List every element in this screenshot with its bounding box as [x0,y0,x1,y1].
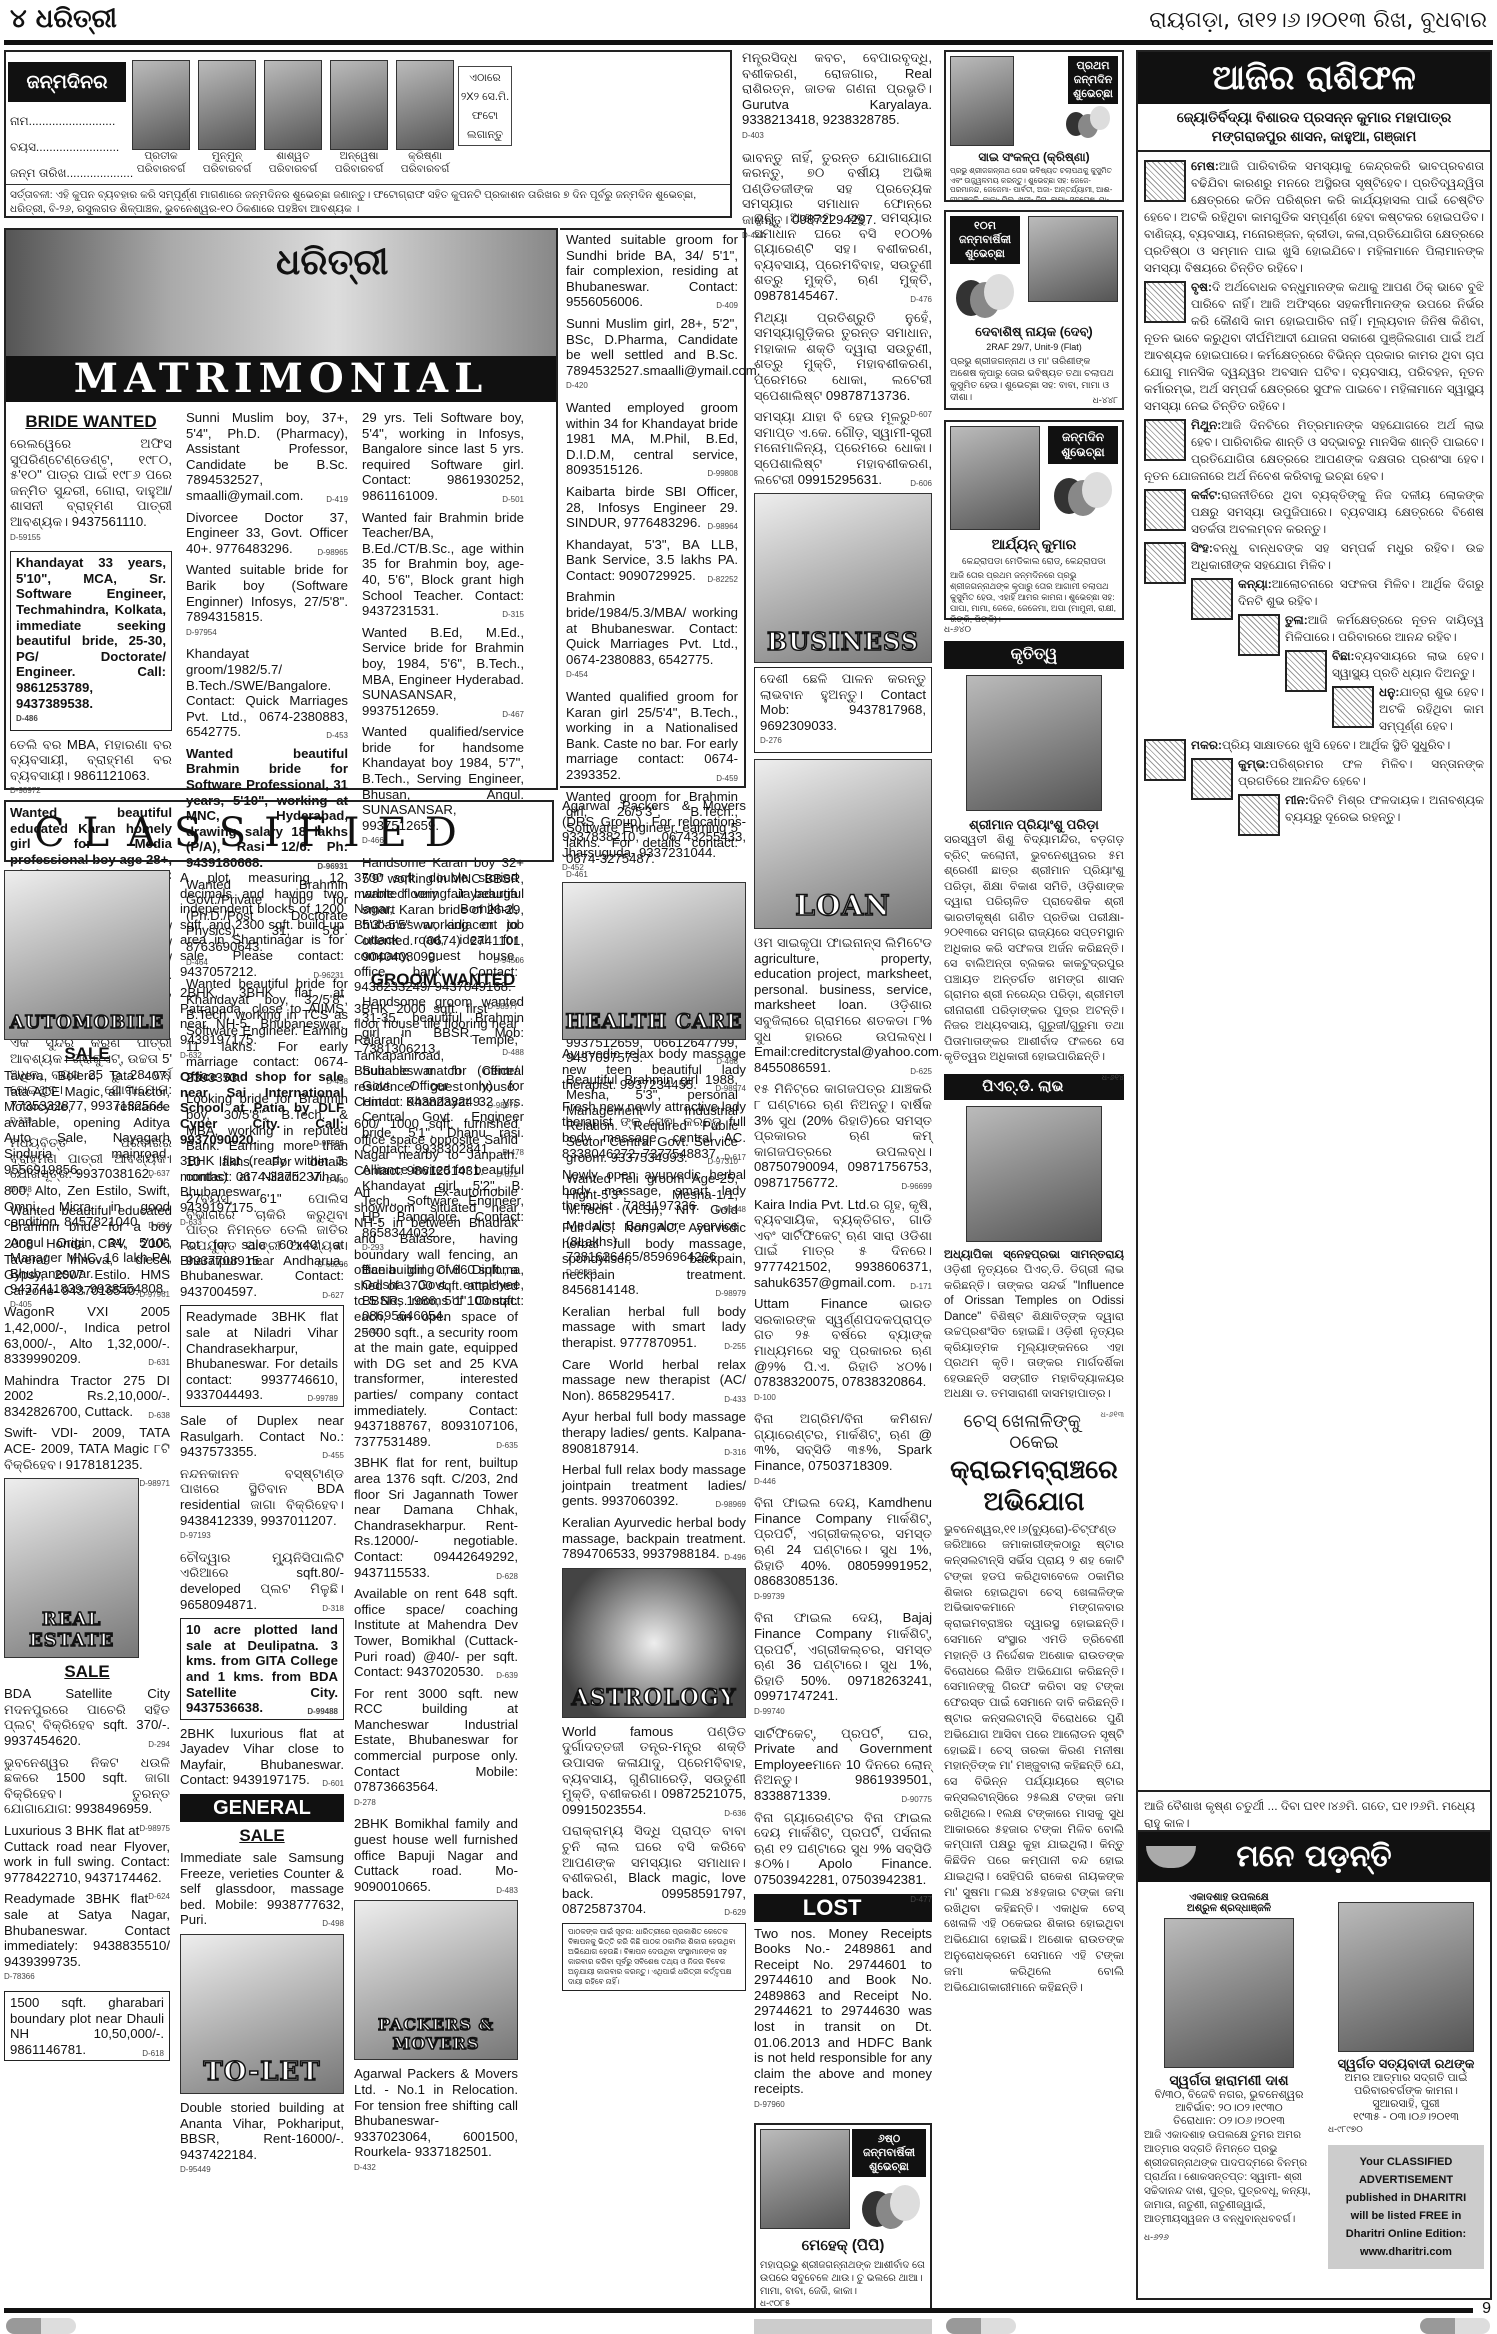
zodiac-icon [1144,160,1186,202]
greeting-badge: ୬ଷ୍ଠଜନ୍ମବାର୍ଷିକୀଶୁଭେଚ୍ଛା [852,2129,926,2177]
news-headline: କ୍ରାଇମବ୍ରାଞ୍ଚରେ ଅଭିଯୋଗ [944,1453,1124,1517]
ad: Wanted fair Brahmin bride Teacher/BA, B.… [362,510,524,619]
astro-continued-column: ଭୃଗୁ ଆଶ୍ରମ ସବୁ ସମସ୍ୟାର ସମାଧାନ ଘରେ ବସି ୧୦… [754,210,932,2334]
ad: Immediate sale Samsung Freeze, verieties… [180,1850,344,1928]
balloons-icon [1066,106,1114,146]
news-kicker: ଚେସ୍ ଖେଳାଳିଙ୍କୁ ଠକେଇ [944,1411,1124,1453]
health-column: Agarwal Packers & Movers (DRS Group). Fo… [562,798,746,1991]
greeting-badge: ପ୍ରଥମଜନ୍ମଦିନଶୁଭେଚ୍ଛା [1068,56,1118,104]
rashi-entry: କନ୍ୟା:ଆଲୋଚନାରେ ସଫଳତା ମିଳିବ। ଆର୍ଥିକ ଦିଗରୁ… [1144,576,1484,610]
ad: Fresh new newly attractive lady therapis… [562,1099,746,1161]
coupon-child: କ୍ରିଷ୍ଣାପରିବାରବର୍ଗ [396,60,454,176]
child-photo [132,60,190,150]
ad: WagonR VXI 2005 1,42,000/-, Indica petro… [4,1304,170,1366]
ad: Agarwal Packers & Movers Ltd. - No.1 in … [354,2066,518,2175]
memorial-name: ସ୍ୱର୍ଗତା ହାରାମଣୀ ଦାଶ [1144,2072,1314,2089]
ad: 2BHK Bomikhal family and guest house wel… [354,1816,518,1894]
ad: 3BHK 2000 sqft. first floor house tile f… [354,1001,518,1110]
memorial-title: ମନେ ପଡ଼ନ୍ତି [1138,1832,1490,1882]
ad: Readymade 3BHK flat sale at Satya Nagar,… [4,1891,170,1985]
business-banner: BUSINESS [754,493,932,663]
ad: Keralian Ayurvedic herbal body massage, … [562,1515,746,1562]
ad: Khandayat groom/1982/5.7/ B.Tech./SWE/Ba… [186,646,348,740]
rashifal-panel: ଆଜିର ରାଶିଫଳ ଜ୍ୟୋତିର୍ବିଦ୍ୟା ବିଶାରଦ ପ୍ରସନ୍… [1136,50,1492,1840]
ad: ୧୫ ମିନିଟ୍‌ରେ କାଗଜପତ୍ର ଯାଞ୍ଚକରି ୮ ଘଣ୍ଟାରେ… [754,1081,932,1190]
lost-heading: LOST [754,1894,932,1922]
memorial-name: ସ୍ୱର୍ଗତ ସତ୍ୟବାଦୀ ରଥଙ୍କ [1328,2056,1484,2072]
zodiac-icon [1285,650,1327,692]
reader-notice: ପାଠକଙ୍କ ପାଇଁ ସୂଚନା: ଧାରିତ୍ରୀରେ ପ୍ରକାଶିତ … [562,1923,746,1991]
ad: ସାର୍ଟିଫିକେଟ୍, ପ୍ରପର୍ଟି, ଘର, Private and … [754,1726,932,1804]
brand-logo: ଧରିତ୍ରୀ [276,242,388,284]
greeting-message: ଆଜି ତୋର ପ୍ରଥମ ଜନ୍ମଦିନରେ ପ୍ରଭୁ ଶ୍ରୀଜଗନ୍ନା… [950,570,1118,625]
ad: Office and shop for sale near Sai Intern… [180,1069,344,1147]
rashi-entry: ସିଂହ:ବନ୍ଧୁ ବାନ୍ଧବଙ୍କ ସହ ସମ୍ପର୍କ ମଧୁର ରହି… [1144,540,1484,574]
banner-title: MATRIMONIAL [6,356,556,402]
coupon-title: ଜନ୍ମଦିନର ଶୁଭେଚ୍ଛା [8,62,126,102]
phd-text: ଅଧ୍ୟାପିକା ସ୍ନେହପ୍ରଭା ସାମନ୍ତରାୟ ଓଡ଼ିଶୀ ନୃ… [944,1248,1124,1403]
ad: ପରାକ୍ରାମ୍ୟ ସିଦ୍ଧି ପ୍ରାପ୍ତ ବାବା ଚୁନି ଲାଲ … [562,1823,746,1917]
ad: ତେଲି ବର MBA, ମହାରଣା ବର ବ୍ୟବସାୟୀ, ବ୍ରାହ୍ମ… [10,737,172,799]
ad: Ayur herbal full body massage therapy la… [562,1409,746,1456]
child-photo [396,60,454,150]
news-body: ଭୁବନେଶ୍ୱର,୧୧।୬(ବ୍ୟୁରୋ)-ଚିଟ୍‌ଫଣ୍ଡ ଜରିଆରେ … [944,1523,1124,1997]
ad: For rent 3000 sqft. new RCC building at … [354,1686,518,1811]
real-estate-banner: REAL ESTATE [4,1478,139,1658]
coupon-child: ପ୍ରତୀକପରିବାରବର୍ଗ [132,60,190,176]
coupon-field-age[interactable]: ବୟସ......................... [10,140,119,155]
ad: 3BHK flat for rent, builtup area 1376 sq… [354,1455,518,1580]
ad: 600/ 1000 sqft. furnished office space o… [354,1116,518,1178]
coupon-terms: ସର୍ତ୍ତାବଳୀ: ଏହି କୁପନ ବ୍ୟବହାର କରି ସମ୍ପୂର୍… [6,184,730,219]
greeting-card: ୬ଷ୍ଠଜନ୍ମବାର୍ଷିକୀଶୁଭେଚ୍ଛା ମେହେକ୍ (ପିପି) ମ… [754,2123,932,2313]
greeting-card: ଜନ୍ମଦିନଶୁଭେଚ୍ଛା ଆର୍ଯ୍ୟନ୍ କୁମାର କେନ୍ଦ୍ରାପ… [944,420,1124,620]
ad: Pot for sale 60'x40' at Bharatpur near A… [180,1237,344,1299]
kritittwa-heading: କୃତିତ୍ୱ [944,641,1124,669]
ad: ବିନା ଫାଇଲ ଦେୟ, Bajaj Finance Company ମାର… [754,1610,932,1719]
astrology-banner: ASTROLOGY [562,1568,746,1718]
matrimonial-continued: Wanted suitable groom for Sundhi bride B… [560,228,746,788]
ad-boxed: 10 acre plotted land sale at Deulipatna.… [180,1618,344,1720]
automobile-banner: AUTOMOBILE [4,870,170,1040]
kritittwa-photo [966,675,1102,811]
rashi-entry: ବୃଷ:ଦି ଅର୍ଥବୋଧକ ବନ୍ଧୁମାନଙ୍କ କଥାକୁ ଆପଣ ଠି… [1144,279,1484,415]
ad: 2BHK luxurious flat at Jayadev Vihar clo… [180,1726,344,1788]
zodiac-icon [1191,758,1233,800]
ad: Divorcee Doctor 37, Engineer 33, Govt. O… [186,510,348,557]
zodiac-icon [1144,281,1186,323]
phd-heading: ପିଏଚ୍.ଡି. ଲାଭ [944,1074,1124,1100]
greeting-message: ମହାପ୍ରଭୁ ଶ୍ରୀଜଗନ୍ନାଥଙ୍କ ଆଶୀର୍ବାଦ ତୋ ଉପରେ… [760,2259,926,2298]
child-photo [330,60,388,150]
greeting-name: ମେହେକ୍ (ପିପି) [760,2237,926,2254]
coupon-child: ଅନ୍ୱେଷାପରିବାରବର୍ଗ [330,60,388,176]
ad: Care World herbal relax massage new ther… [562,1357,746,1404]
greeting-name: ଆର୍ଯ୍ୟନ୍ କୁମାର [950,536,1118,553]
memorial-photo [1164,1918,1294,2068]
ad: Tavera, Bolero, Tata 407, Tata ACE Magic… [4,1068,170,1177]
ad-boxed: Readymade 3BHK flat sale at Niladri Viha… [180,1305,344,1407]
greeting-card: ୧୦ମଜନ୍ମବାର୍ଷିକୀଶୁଭେଚ୍ଛା ଦେବାଶିଷ୍ ନାୟକ (ଦ… [944,210,1124,410]
ad: ମନ୍ତ୍ରସିଦ୍ଧ କବଚ, ବେପାରବୃଦ୍ଧି, ବଶୀକରଣ, ରୋ… [742,50,932,144]
ad: Full AC, Non AC, Ayurvedic herbal full b… [562,1220,746,1298]
zodiac-icon [1144,542,1186,584]
ad: ରେଲୱେରେ ଅଫିସ ସୁପରିଣ୍ଟେଣ୍ଡେଣ୍ଟ, ୧୯୮୦, ୫'୧… [10,436,172,545]
page-nav-left[interactable] [6,2318,76,2334]
greeting-badge: ୧୦ମଜନ୍ମବାର୍ଷିକୀଶୁଭେଚ୍ଛା [950,216,1020,264]
ad: ଓମ ସାଇକୃପା ଫାଇନାନ୍ସ ଲିମିଟେଡ agriculture,… [754,935,932,1075]
ad: Kaibarta birde SBI Officer, 28, Infosys … [566,484,738,531]
dateline: ରାୟଗଡ଼ା, ତା୧୨।୬।୨୦୧୩ ରିଖ, ବୁଧବାର [1149,8,1487,33]
ad: ଭୁବନେଶ୍ୱର ନିକଟ ଧଉଳି ଛକରେ 1500 sqft. ଜାଗା… [4,1755,170,1817]
page-number: 9 [1482,2300,1491,2318]
lost-notice: Two nos. Money Receipts Books No.- 24898… [754,1926,932,2113]
coupon-child: ମୁନ୍‌ମୁନ୍ପରିବାରବର୍ଗ [198,60,256,176]
to-let-banner: TO-LET [180,1934,344,2094]
ad: Agarwal Packers & Movers (DRS Group). Fo… [562,798,746,876]
coupon-field-name[interactable]: ନାମ.......................... [10,114,115,129]
ad: ବିନା ଅଗ୍ରିମ/ବିନା କମିଶନ/ଗ୍ୟାରେଣ୍ଟର, ମାର୍କ… [754,1411,932,1489]
classified-col2: A plot measuring 12 decimals and having … [180,870,344,2184]
classified-banner: CLASSIFIED [4,800,554,862]
ad: Brahmin bride/1984/5.3/MBA/ working at B… [566,589,738,683]
ad: Wanted suitable bride for Barik boy (Sof… [186,562,348,640]
ad: An Ex-automobile showroom situated near … [354,1184,518,1449]
memorial-section: ମନେ ପଡ଼ନ୍ତି ଏକାଦଶାହ ଉପଲକ୍ଷେ ଅଶ୍ରୁଳ ଶ୍ରଦ୍… [1136,1830,1492,2300]
ad: 2008 Honda CRV, 2006 Tavera/ Innova, die… [4,1236,170,1298]
general-heading: GENERAL [180,1794,344,1822]
child-photo [264,60,322,150]
page-nav-center[interactable] [946,2318,1016,2334]
ad-boxed: Khandayat 33 years, 5'10", MCA, Sr. Soft… [10,551,172,731]
kritittwa-name: ଶ୍ରୀମାନ ପ୍ରିୟାଂଶୁ ପରିଡ଼ା [944,817,1124,833]
phd-photo [966,1106,1102,1242]
ad: A plot measuring 12 decimals and having … [180,870,344,979]
ad: 2BHK, 3BHK flat at Patrapada, close to A… [180,985,344,1063]
zodiac-icon [1144,489,1186,531]
greeting-card: ପ୍ରଥମଜନ୍ମଦିନଶୁଭେଚ୍ଛା ସାଇ ସଂକଳ୍ପ (କ୍ରିଷ୍ଣ… [944,50,1124,202]
zodiac-icon [1144,419,1186,461]
zodiac-icon [1332,686,1374,728]
ad: Keralian herbal full body massage with s… [562,1304,746,1351]
coupon-child: ଶାଶ୍ୱତପରିବାରବର୍ଗ [264,60,322,176]
ad: BDA Satellite City ମଦନପୁରରେ ପାଚେରି ସହିତ … [4,1686,170,1748]
rashi-entry: ବିଛା:ବ୍ୟବସାୟରେ ଲାଭ ହେବ। ସ୍ୱାସ୍ଥ୍ୟ ପ୍ରତି … [1144,648,1484,682]
rashifal-author: ଜ୍ୟୋତିର୍ବିଦ୍ୟା ବିଶାରଦ ପ୍ରସନ୍ନ କୁମାର ମହାପ… [1138,104,1490,152]
memorial-photo [1338,1902,1474,2052]
health-care-banner: HEALTH CARE [562,882,746,1040]
matrimonial-banner: ଧରିତ୍ରୀ MATRIMONIAL [6,230,556,402]
zodiac-icon [1144,739,1186,781]
ad: Mahindra Tractor 275 DI 2002 Rs.2,10,000… [4,1373,170,1420]
balloons-icon [956,274,1016,314]
ad: Newly open ayurvedic herbal body massage… [562,1167,746,1214]
loan-banner: LOAN [754,759,932,929]
rashi-entry: ମିଥୁନ:ଆଜି ଦିନଟିରେ ମିତ୍ରମାନଙ୍କ ସହଯୋଗରେ ଅର… [1144,417,1484,485]
greeting-photo [1028,216,1118,302]
birthday-coupon: ଜନ୍ମଦିନର ଶୁଭେଚ୍ଛା ନାମ...................… [4,50,732,218]
ad: ସମସ୍ୟା ଯାହା ବି ହେଉ ମୂଳରୁ ସମାପ୍ତ ଏ.କେ. ଗୌ… [754,409,932,487]
ad: Herbal full relax body massage jointpain… [562,1462,746,1509]
ad: ନନ୍ଦନକାନନ ବସ୍‌ଷ୍ଟାଣ୍ଡ ପାଖରେ ସ୍ଥିତିବାନ BD… [180,1466,344,1544]
photo-placeholder[interactable]: ଏଠାରେ୨X୨ ସେ.ମି.ଫଟୋଲଗାନ୍ତୁ [458,66,512,146]
child-photo [198,60,256,150]
zodiac-icon [1191,578,1233,620]
page-label: ୪ ଧରିତ୍ରୀ [10,4,117,35]
ad: Wanted suitable groom for Sundhi bride B… [566,232,738,310]
rashi-entry: ମକର:ପ୍ରିୟ ସାକ୍ଷାତରେ ଖୁସି ହେବେ। ଆର୍ଥିକ ସ୍… [1144,737,1484,754]
rashi-entry: ମେଷ:ଆଜି ପାରିବାରିକ ସମସ୍ୟାକୁ କେନ୍ଦ୍ରକରି ଭା… [1144,158,1484,277]
ad: Double storied building at Ananta Vihar,… [180,2100,344,2178]
greeting-name: ଦେବାଶିଷ୍ ନାୟକ (ଦେବ୍) [950,324,1118,340]
online-edition-promo[interactable]: Your CLASSIFIEDADVERTISEMENTpublished in… [1328,2145,1484,2269]
ad: Sale of Duplex near Rasulgarh. Contact N… [180,1413,344,1460]
greeting-photo [950,426,1040,530]
rashi-entry: କୁମ୍ଭ:ପରିଶ୍ରମର ଫଳ ମିଳିବ। ସନ୍ତାନଙ୍କ ପ୍ରଗତ… [1144,756,1484,790]
greeting-message: ପ୍ରଭୁ ଶ୍ରୀଜଗନ୍ନାଥ ତୋର ଭବିଷ୍ୟତ ଚଲାପଥକୁ କୁ… [950,166,1118,200]
ad: Wanted employed groom within 34 for Khan… [566,400,738,478]
zodiac-icon [1238,794,1280,836]
bride-wanted-heading: BRIDE WANTED [10,412,172,432]
classified-col3: 3700 sqft. double storied marble floorin… [354,870,518,2182]
packers-movers-banner: PACKERS & MOVERS [354,1900,518,2060]
greeting-photo [950,56,1014,146]
matrimonial-section: ଧରିତ୍ରୀ MATRIMONIAL BRIDE WANTED ରେଲୱେରେ… [4,228,558,790]
greeting-photo [760,2129,850,2229]
ad-boxed: ଦେଶୀ ଛେଳି ପାଳନ କରନ୍ତୁ ଲାଭବାନ ହୁଅନ୍ତୁ। Co… [754,667,932,753]
ad: Sunni Muslim girl, 28+, 5'2", BSc, D.Pha… [566,316,738,394]
zodiac-icon [1238,614,1280,656]
ad: 3700 sqft. double storied marble floorin… [354,870,518,995]
rashifal-title: ଆଜିର ରାଶିଫଳ [1138,52,1490,104]
ad: Kaira India Pvt. Ltd.ର ଗୃହ, କୃଷି, ବ୍ୟବସା… [754,1197,932,1291]
ad-boxed: 1500 sqft. gharabari boundary plot near … [4,1991,170,2061]
ad: Khandayat, 5'3", BA LLB, Bank Service, 3… [566,537,738,584]
ad: ଚୌଦ୍ୱାର ମ୍ୟୁନିସିପାଲିଟି ଏରିଆରେ sqft.80/- … [180,1550,344,1612]
page-nav-right[interactable] [1420,2318,1490,2334]
rashi-entry: କର୍କଟ:ରାଜନୀତିରେ ଥିବା ବ୍ୟକ୍ତିଙ୍କୁ ନିଜ ଦଳୀ… [1144,487,1484,538]
features-column: ୧୦ମଜନ୍ମବାର୍ଷିକୀଶୁଭେଚ୍ଛା ଦେବାଶିଷ୍ ନାୟକ (ଦ… [944,210,1124,2002]
ad: Wanted qualified groom for Karan girl 25… [566,689,738,783]
greeting-name: ସାଇ ସଂକଳ୍ପ (କ୍ରିଷ୍ଣା) [950,150,1118,165]
ad: ଭୃଗୁ ଆଶ୍ରମ ସବୁ ସମସ୍ୟାର ସମାଧାନ ଘରେ ବସି ୧୦… [754,210,932,304]
classified-title: CLASSIFIED [34,810,475,856]
ad: ମିଥ୍ୟା ପ୍ରତିଶ୍ରୁତି ନୁହେଁ, ସମସ୍ୟାଗୁଡ଼ିକର … [754,310,932,404]
ad: ବିନା ଗ୍ୟାରେଣ୍ଟର ବିନା ଫାଇଲ ଦେୟ ମାର୍କଶିଟ୍,… [754,1810,932,1888]
ad: Swift- VDI- 2009, TATA ACE- 2009, TATA M… [4,1425,170,1472]
ad: 3BHK flat (ready within 3 months) at Nil… [180,1153,344,1231]
classified-col1: AUTOMOBILE SALE Tavera, Bolero, Tata 407… [4,870,170,2067]
ad: Ayurvedic relax body massage new teen be… [562,1046,746,1093]
ad: 800, Alto, Zen Estilo, Swift, Omni, Micr… [4,1183,170,1230]
lamp-icon [1146,1846,1196,1868]
ad: Available on rent 648 sqft. office space… [354,1586,518,1680]
ad: Wanted B.Ed, M.Ed., Service bride for Br… [362,625,524,719]
header-rule [4,40,1493,45]
blank-ad-space [754,2319,932,2334]
footer-rule [4,2308,1473,2313]
kritittwa-text: ସରସ୍ୱତୀ ଶିଶୁ ବିଦ୍ୟାମନ୍ଦିର, ବଡ଼ଗଡ଼ ବ୍ରିଟ୍… [944,833,1124,1066]
coupon-field-dob[interactable]: ଜନ୍ମ ତାରିଖ.................... [10,166,133,181]
balloons-icon [862,2185,922,2225]
greeting-badge: ଜନ୍ମଦିନଶୁଭେଚ୍ଛା [1048,426,1118,464]
balloons-icon [1054,472,1114,512]
ad: ବିନା ଫାଇଲ ଦେୟ, Kamdhenu Finance Company … [754,1495,932,1604]
ad: Sunni Muslim boy, 37+, 5'4", Ph.D. (Phar… [186,410,348,504]
ad: Uttam Finance ଭାରତ ସରକାରଙ୍କ ସ୍ୱର୍ଣ୍ଣପଦକପ… [754,1296,932,1405]
ad: 29 yrs. Teli Software boy, 5'4", working… [362,410,524,504]
ad: World famous ପଣ୍ଡିତ ଦୁର୍ଗାଦତ୍ତଜୀ ତନ୍ତ୍ର-… [562,1724,746,1818]
